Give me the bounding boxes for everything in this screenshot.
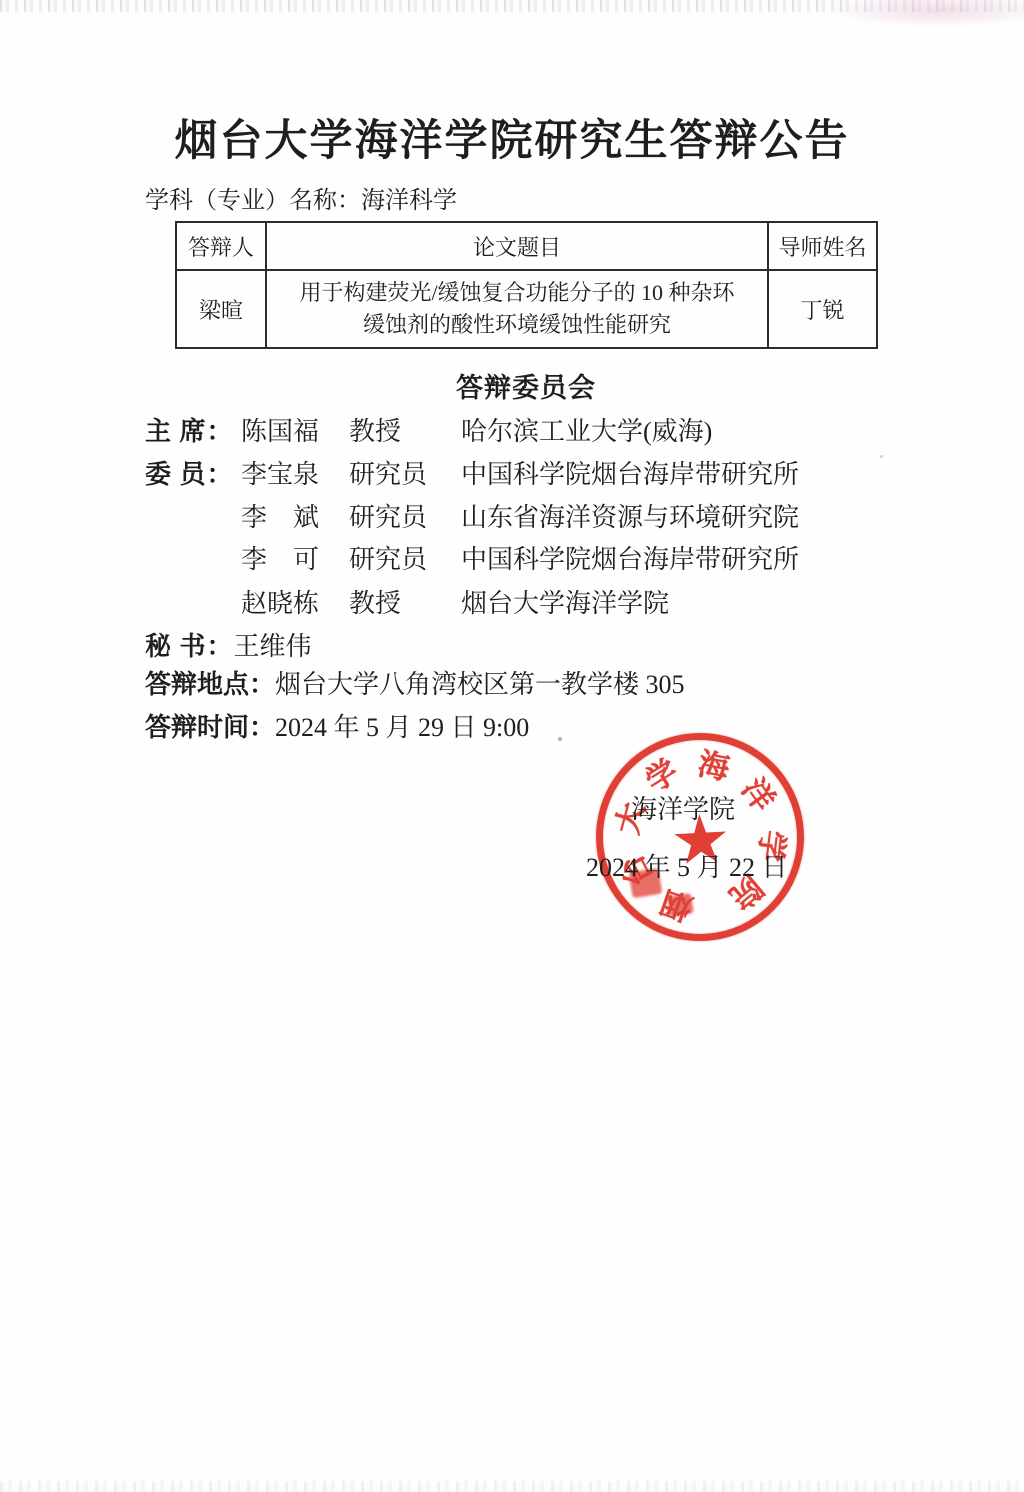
member-name: 陈国福 xyxy=(241,411,319,448)
signature-organization: 海洋学院 xyxy=(631,789,735,826)
committee-heading: 答辩委员会 xyxy=(456,366,596,405)
time-label: 答辩时间： xyxy=(145,713,275,742)
member-role: 委 员： xyxy=(145,454,234,491)
member-affiliation: 中国科学院烟台海岸带研究所 xyxy=(461,539,799,576)
location-label: 答辩地点： xyxy=(145,670,275,699)
header-defender: 答辩人 xyxy=(176,222,266,270)
location-value: 烟台大学八角湾校区第一教学楼 305 xyxy=(275,670,685,699)
member-role: 主 席： xyxy=(145,411,234,448)
page-title: 烟台大学海洋学院研究生答辩公告 xyxy=(0,107,1024,168)
member-name: 李 斌 xyxy=(241,497,319,534)
scan-noise-bottom xyxy=(0,1481,1024,1492)
member-affiliation: 烟台大学海洋学院 xyxy=(461,583,669,620)
scanned-document-page: 烟台大学海洋学院研究生答辩公告 学科（专业）名称：海洋科学 答辩人 论文题目 导… xyxy=(0,0,1024,1492)
defense-table: 答辩人 论文题目 导师姓名 梁暄 用于构建荧光/缓蚀复合功能分子的 10 种杂环… xyxy=(175,221,878,349)
time-value: 2024 年 5 月 29 日 9:00 xyxy=(275,713,529,742)
member-title: 研究员 xyxy=(349,497,427,534)
member-title: 研究员 xyxy=(349,454,427,491)
member-name: 赵晓栋 xyxy=(241,583,319,620)
committee-member-row: 李 斌 研究员 山东省海洋资源与环境研究院 xyxy=(145,497,885,531)
defense-location-line: 答辩地点：烟台大学八角湾校区第一教学楼 305 xyxy=(145,664,685,701)
scan-speck xyxy=(558,737,562,741)
signature-date: 2024 年 5 月 22 日 xyxy=(586,847,788,884)
defense-time-line: 答辩时间：2024 年 5 月 29 日 9:00 xyxy=(145,707,529,744)
cell-supervisor-name: 丁锐 xyxy=(768,270,877,348)
subject-value: 海洋科学 xyxy=(361,188,457,214)
subject-line: 学科（专业）名称：海洋科学 xyxy=(145,180,457,215)
secretary-line: 秘 书：王维伟 xyxy=(145,626,312,663)
member-title: 教授 xyxy=(349,411,401,448)
committee-member-row: 委 员： 李宝泉 研究员 中国科学院烟台海岸带研究所 xyxy=(145,454,885,488)
member-title: 研究员 xyxy=(349,539,427,576)
committee-member-row: 主 席： 陈国福 教授 哈尔滨工业大学(威海) xyxy=(145,411,885,445)
cell-defender-name: 梁暄 xyxy=(176,270,266,348)
cell-thesis-title: 用于构建荧光/缓蚀复合功能分子的 10 种杂环缓蚀剂的酸性环境缓蚀性能研究 xyxy=(266,270,768,348)
member-name: 李 可 xyxy=(241,539,319,576)
secretary-label: 秘 书： xyxy=(145,632,234,661)
official-seal-stamp: 烟 台 大 学 海 洋 学 院 xyxy=(581,718,819,956)
stamp-ink-blob xyxy=(667,893,694,917)
table-row: 梁暄 用于构建荧光/缓蚀复合功能分子的 10 种杂环缓蚀剂的酸性环境缓蚀性能研究… xyxy=(176,270,877,348)
secretary-name: 王维伟 xyxy=(234,632,312,661)
scan-smudge xyxy=(836,0,1024,26)
header-thesis-title: 论文题目 xyxy=(266,222,768,270)
subject-label: 学科（专业）名称： xyxy=(145,188,361,214)
header-supervisor: 导师姓名 xyxy=(768,222,877,270)
committee-member-row: 李 可 研究员 中国科学院烟台海岸带研究所 xyxy=(145,539,885,573)
table-header-row: 答辩人 论文题目 导师姓名 xyxy=(176,222,877,270)
committee-member-row: 赵晓栋 教授 烟台大学海洋学院 xyxy=(145,583,885,617)
member-affiliation: 中国科学院烟台海岸带研究所 xyxy=(461,454,799,491)
member-title: 教授 xyxy=(349,583,401,620)
member-affiliation: 哈尔滨工业大学(威海) xyxy=(461,411,712,448)
member-name: 李宝泉 xyxy=(241,454,319,491)
member-affiliation: 山东省海洋资源与环境研究院 xyxy=(461,497,799,534)
